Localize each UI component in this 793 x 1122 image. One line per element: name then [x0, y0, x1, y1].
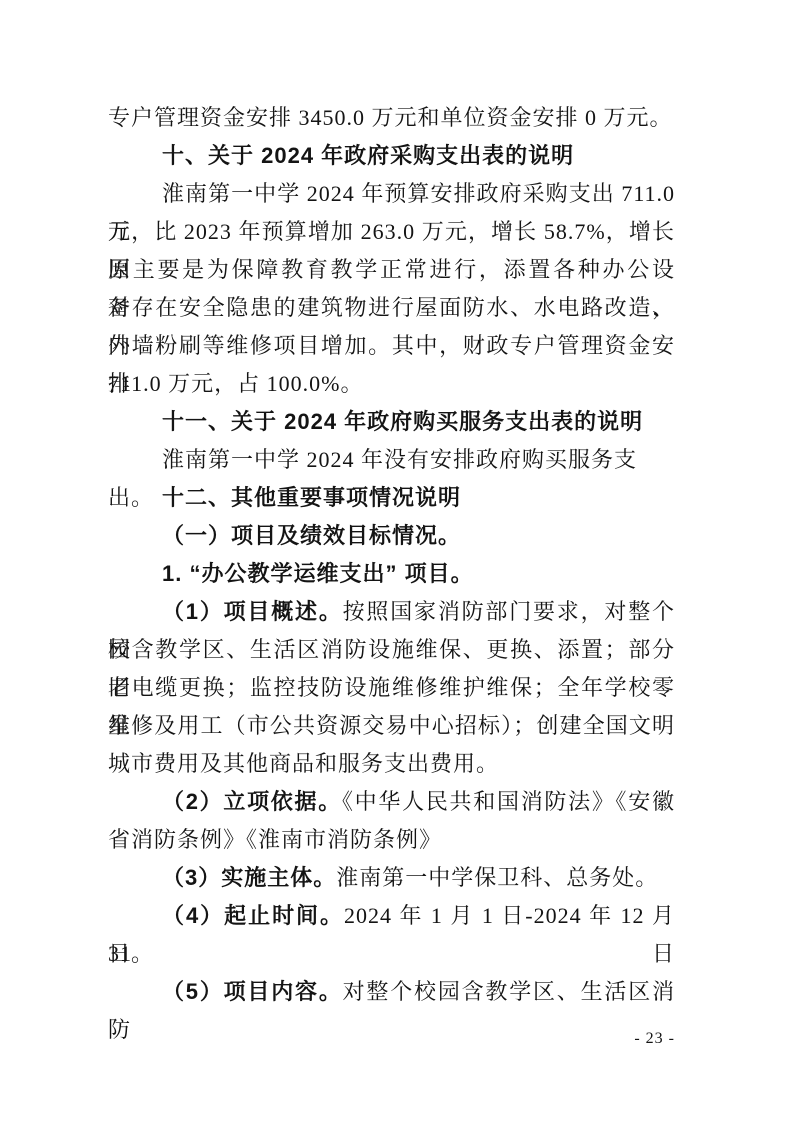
- text-line: （3）实施主体。淮南第一中学保卫科、总务处。: [108, 859, 675, 897]
- text-segment-heading: 十一、关于 2024 年政府购买服务支出表的说明: [162, 409, 643, 434]
- text-segment-body: 城市费用及其他商品和服务支出费用。: [108, 751, 499, 776]
- text-line: 因主要是为保障教育教学正常进行，添置各种办公设备，: [108, 251, 675, 289]
- text-segment-label: （4）起止时间。: [162, 903, 344, 928]
- text-segment-label: （5）项目内容。: [162, 979, 343, 1004]
- document-page: 专户管理资金安排 3450.0 万元和单位资金安排 0 万元。十、关于 2024…: [0, 0, 793, 1122]
- text-segment-body: 维修及用工（市公共资源交易中心招标）；创建全国文明: [108, 713, 675, 738]
- text-segment-heading: 十、关于 2024 年政府采购支出表的说明: [162, 143, 574, 168]
- text-line: 十、关于 2024 年政府采购支出表的说明: [108, 137, 675, 175]
- text-line: （1）项目概述。按照国家消防部门要求，对整个校: [108, 593, 675, 631]
- text-line: 淮南第一中学 2024 年预算安排政府采购支出 711.0 万: [108, 175, 675, 213]
- text-line: （一）项目及绩效目标情况。: [108, 517, 675, 555]
- text-segment-body: 《中华人民共和国消防法》《安徽: [342, 789, 675, 814]
- text-line: 1. “办公教学运维支出” 项目。: [108, 555, 675, 593]
- text-line: 省消防条例》《淮南市消防条例》: [108, 821, 675, 859]
- text-segment-body: 711.0 万元，占 100.0%。: [108, 371, 364, 396]
- text-segment-body: 日。: [108, 941, 154, 966]
- text-segment-heading: 十二、其他重要事项情况说明: [162, 485, 461, 510]
- text-line: 对存在安全隐患的建筑物进行屋面防水、水电路改造、内: [108, 289, 675, 327]
- text-segment-body: 省消防条例》《淮南市消防条例》: [108, 827, 442, 852]
- text-segment-label: （2）立项依据。: [162, 789, 342, 814]
- text-segment-heading: 1. “办公教学运维支出” 项目。: [162, 561, 474, 586]
- text-line: 旧电缆更换；监控技防设施维修维护维保；全年学校零星: [108, 669, 675, 707]
- text-segment-label: （3）实施主体。: [162, 865, 336, 890]
- text-line: 元，比 2023 年预算增加 263.0 万元，增长 58.7%，增长原: [108, 213, 675, 251]
- text-segment-label: （1）项目概述。: [162, 599, 343, 624]
- page-number: - 23 -: [634, 1030, 675, 1048]
- text-line: 维修及用工（市公共资源交易中心招标）；创建全国文明: [108, 707, 675, 745]
- text-line: 城市费用及其他商品和服务支出费用。: [108, 745, 675, 783]
- text-segment-kai: （一）项目及绩效目标情况。: [162, 523, 461, 548]
- text-segment-body: 专户管理资金安排 3450.0 万元和单位资金安排 0 万元。: [108, 105, 673, 130]
- text-line: 外墙粉刷等维修项目增加。其中，财政专户管理资金安排: [108, 327, 675, 365]
- text-line: 园含教学区、生活区消防设施维保、更换、添置；部分老: [108, 631, 675, 669]
- text-line: 专户管理资金安排 3450.0 万元和单位资金安排 0 万元。: [108, 99, 675, 137]
- text-line: 淮南第一中学 2024 年没有安排政府购买服务支出。: [108, 441, 675, 479]
- text-line: 十二、其他重要事项情况说明: [108, 479, 675, 517]
- text-line: （2）立项依据。《中华人民共和国消防法》《安徽: [108, 783, 675, 821]
- text-line: （5）项目内容。对整个校园含教学区、生活区消防: [108, 973, 675, 1011]
- text-segment-body: 淮南第一中学保卫科、总务处。: [336, 865, 658, 890]
- document-lines: 专户管理资金安排 3450.0 万元和单位资金安排 0 万元。十、关于 2024…: [108, 99, 675, 1011]
- text-line: 711.0 万元，占 100.0%。: [108, 365, 675, 403]
- text-line: （4）起止时间。2024 年 1 月 1 日-2024 年 12 月 31 日: [108, 897, 675, 935]
- text-line: 十一、关于 2024 年政府购买服务支出表的说明: [108, 403, 675, 441]
